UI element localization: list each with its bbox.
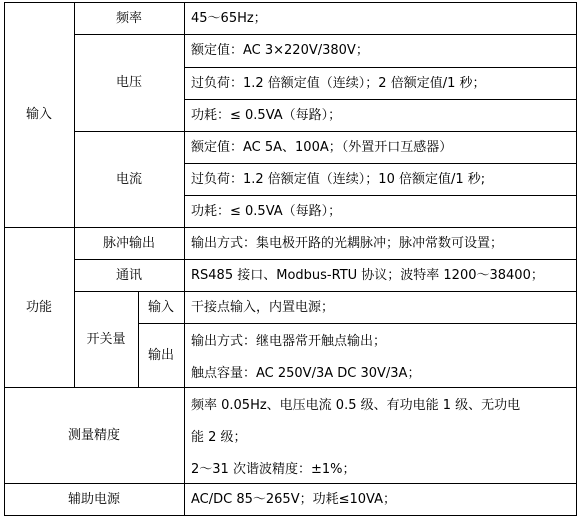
switch-output-capacity: 触点容量：AC 250V/3A DC 30V/3A； bbox=[191, 355, 576, 387]
current-overload-value: 过负荷：1.2 倍额定值（连续）；10 倍额定值/1 秒; bbox=[184, 163, 576, 195]
accuracy-values: 频率 0.05Hz、电压电流 0.5 级、有功电能 1 级、无功电 能 2 级；… bbox=[184, 387, 576, 483]
accuracy-label: 测量精度 bbox=[4, 387, 184, 483]
current-label: 电流 bbox=[74, 131, 184, 227]
voltage-rated-value: 额定值：AC 3×220V/380V； bbox=[184, 34, 576, 67]
accuracy-line-1: 频率 0.05Hz、电压电流 0.5 级、有功电能 1 级、无功电 bbox=[191, 387, 576, 419]
pulse-output-label: 脉冲输出 bbox=[74, 227, 184, 259]
current-power-value: 功耗：≤ 0.5VA（每路）； bbox=[184, 195, 576, 227]
switch-input-label: 输入 bbox=[138, 291, 184, 323]
frequency-value: 45～65Hz； bbox=[184, 2, 576, 34]
accuracy-line-3: 2～31 次谐波精度：±1%； bbox=[191, 451, 576, 483]
accuracy-line-2: 能 2 级； bbox=[191, 419, 576, 451]
group-input-label: 输入 bbox=[4, 2, 74, 227]
switch-label: 开关量 bbox=[74, 291, 138, 387]
table-border-bottom bbox=[4, 515, 577, 516]
communication-value: RS485 接口、Modbus-RTU 协议；波特率 1200～38400； bbox=[184, 259, 576, 291]
aux-power-label: 辅助电源 bbox=[4, 483, 184, 515]
group-function-label: 功能 bbox=[4, 227, 74, 387]
spec-table: 输入 频率 45～65Hz； 电压 额定值：AC 3×220V/380V； 过负… bbox=[0, 0, 578, 517]
aux-power-value: AC/DC 85～265V；功耗≤10VA； bbox=[184, 483, 576, 515]
switch-output-label: 输出 bbox=[138, 323, 184, 387]
table-border-right bbox=[576, 2, 577, 516]
switch-input-value: 干接点输入，内置电源； bbox=[184, 291, 576, 323]
voltage-label: 电压 bbox=[74, 34, 184, 131]
frequency-label: 频率 bbox=[74, 2, 184, 34]
communication-label: 通讯 bbox=[74, 259, 184, 291]
switch-output-mode: 输出方式：继电器常开触点输出； bbox=[191, 323, 576, 355]
current-rated-value: 额定值：AC 5A、100A；（外置开口互感器） bbox=[184, 131, 576, 163]
voltage-power-value: 功耗：≤ 0.5VA（每路）； bbox=[184, 99, 576, 131]
voltage-overload-value: 过负荷：1.2 倍额定值（连续）；2 倍额定值/1 秒； bbox=[184, 67, 576, 99]
pulse-output-value: 输出方式：集电极开路的光耦脉冲；脉冲常数可设置； bbox=[184, 227, 576, 259]
switch-output-values: 输出方式：继电器常开触点输出； 触点容量：AC 250V/3A DC 30V/3… bbox=[184, 323, 576, 387]
